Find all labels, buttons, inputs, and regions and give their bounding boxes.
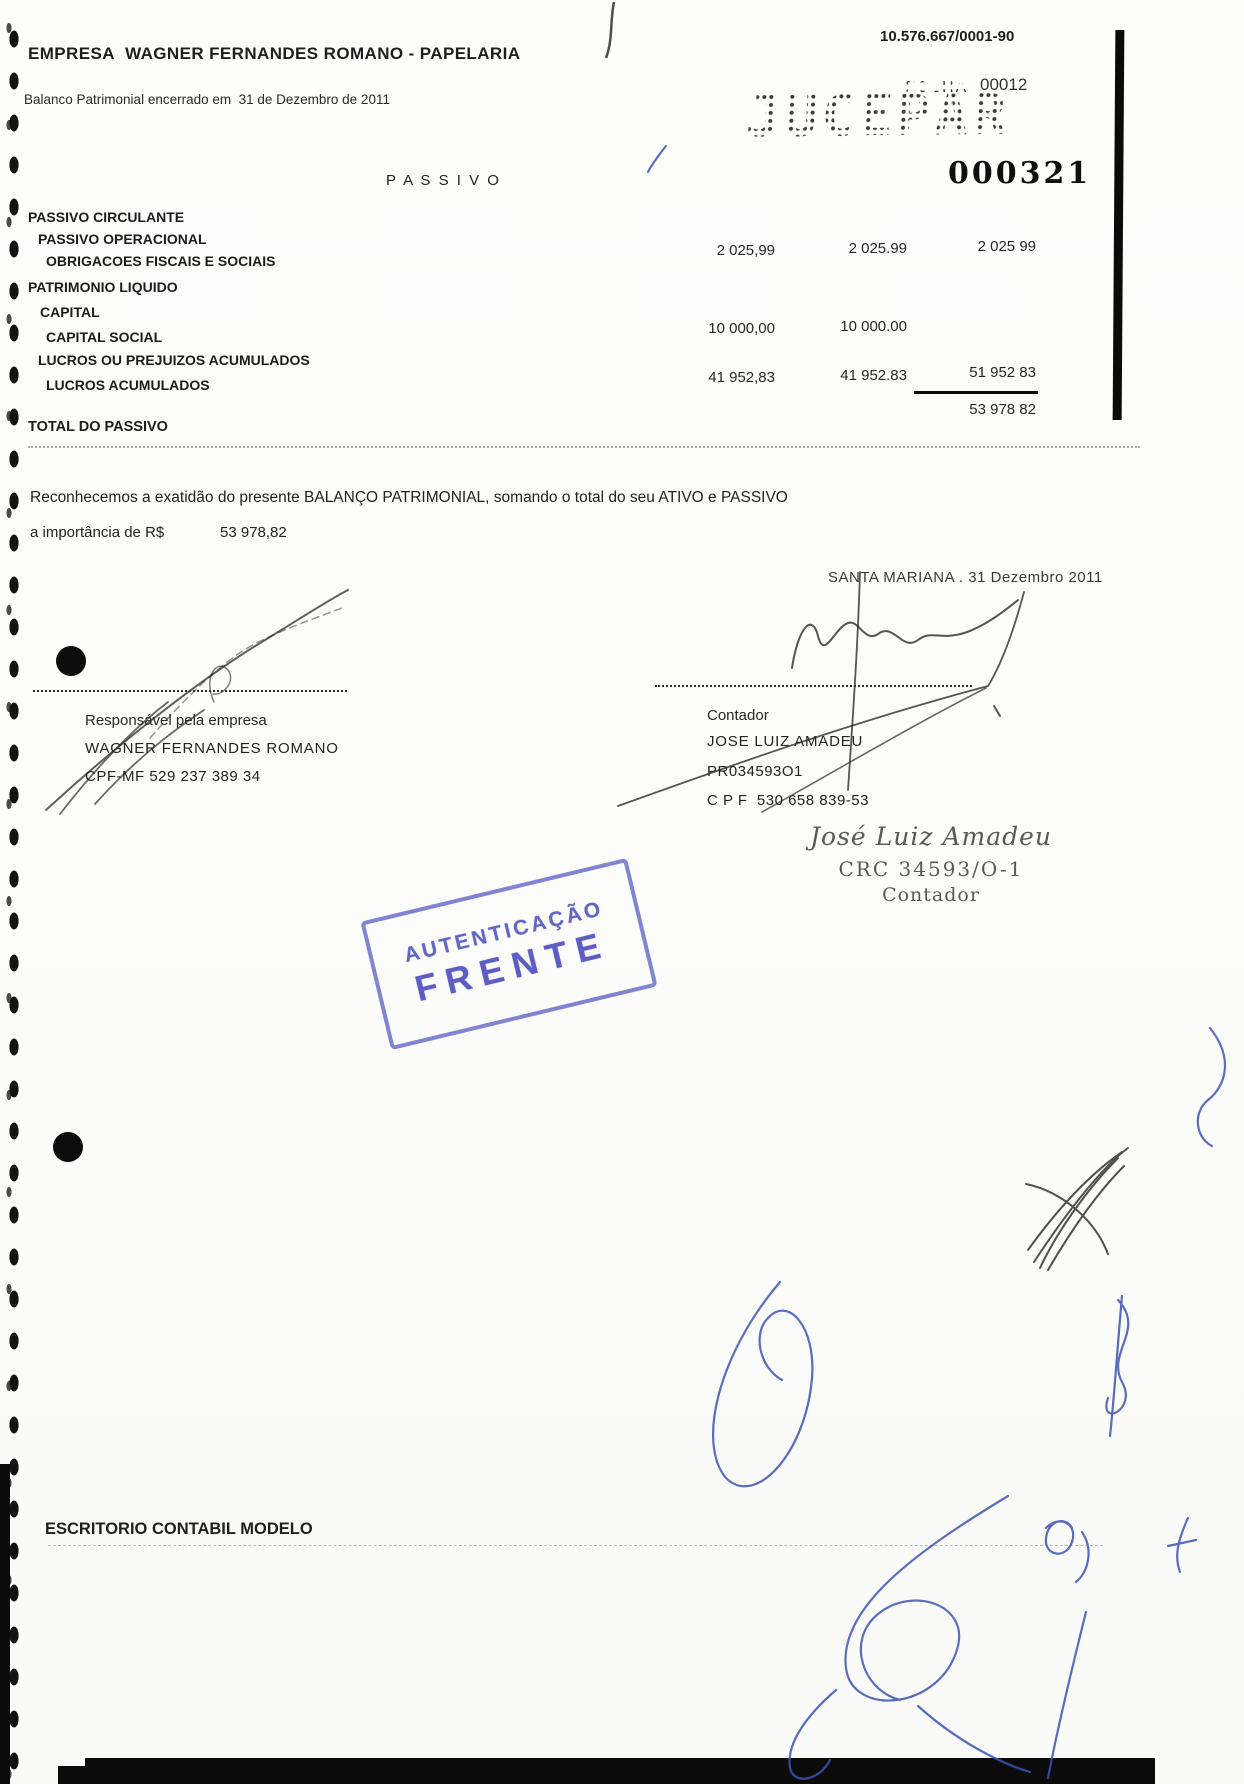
company-header: EMPRESA WAGNER FERNANDES ROMANO - PAPELA… <box>28 44 520 64</box>
balance-row-label: LUCROS ACUMULADOS <box>46 377 210 393</box>
paper-tear-mark <box>606 2 614 58</box>
right-edge-scan-line <box>1113 30 1125 420</box>
balance-row-label: CAPITAL SOCIAL <box>46 329 162 345</box>
company-signer-role: Responsável pela empresa <box>85 712 267 729</box>
scanned-balance-sheet-page: { "document": { "company_label": "EMPRES… <box>0 0 1244 1784</box>
folha-label: FOLHA <box>905 79 968 97</box>
passivo-section-title: P A S S I V O <box>386 172 501 189</box>
jucepar-dot-matrix-stamp: JUCEPAR <box>745 83 1012 150</box>
accountant-stamp-title: Contador <box>775 884 1087 906</box>
bottom-left-scan-blob <box>58 1766 92 1784</box>
total-passivo-label: TOTAL DO PASSIVO <box>28 419 168 436</box>
balance-row-label: OBRIGACOES FISCAIS E SOCIAIS <box>46 253 275 269</box>
footer-scan-line <box>48 1545 1103 1546</box>
accountant-stamp-crc: CRC 34593/O-1 <box>775 857 1087 881</box>
balance-row-value-col2: 10 000.00 <box>725 318 907 335</box>
bottom-scan-bar <box>85 1758 1155 1784</box>
accountant-signature <box>618 572 1024 812</box>
hole-punch-bottom <box>53 1132 83 1162</box>
place-and-date: SANTA MARIANA . 31 Dezembro 2011 <box>828 569 1103 586</box>
company-label: EMPRESA <box>28 44 115 63</box>
left-edge-scan-bar <box>0 1464 10 1784</box>
hole-punch-top <box>56 646 86 676</box>
company-signature-line <box>33 690 347 692</box>
total-passivo-value: 53 978 82 <box>854 401 1036 418</box>
balance-row-value-col3: 51 952 83 <box>854 364 1036 381</box>
accountant-signature-line <box>655 685 972 687</box>
section-divider-line <box>28 446 1140 448</box>
accountant-signer-name: JOSE LUIZ AMADEU <box>707 733 863 750</box>
accountant-stamp-name: José Luiz Amadeu <box>775 822 1087 851</box>
balance-row-label: PATRIMONIO LIQUIDO <box>28 279 178 295</box>
total-rule-line <box>914 391 1038 394</box>
balance-row-label: LUCROS OU PREJUIZOS ACUMULADOS <box>38 352 310 368</box>
company-signer-document: CPF-MF 529 237 389 34 <box>85 768 261 785</box>
accountant-signer-document: C P F 530 658 839-53 <box>707 792 869 809</box>
balance-row-value-col3: 2 025 99 <box>854 238 1036 255</box>
authentication-stamp: AUTENTICAÇÃO FRENTE <box>360 858 657 1050</box>
accountant-signer-role: Contador <box>707 707 769 724</box>
declaration-amount-label: a importância de R$ <box>30 524 164 541</box>
pen-scribble-feather <box>1026 1148 1128 1270</box>
accounting-office-name: ESCRITORIO CONTABIL MODELO <box>45 1520 313 1539</box>
cnpj-number: 10.576.667/0001-90 <box>880 28 1014 45</box>
balance-row-label: CAPITAL <box>40 304 100 320</box>
statement-subtitle: Balanco Patrimonial encerrado em 31 de D… <box>24 92 390 108</box>
balance-row-label: PASSIVO CIRCULANTE <box>28 209 184 225</box>
company-signer-name: WAGNER FERNANDES ROMANO <box>85 740 339 757</box>
accountant-stamp: José Luiz Amadeu CRC 34593/O-1 Contador <box>775 822 1087 906</box>
accountant-registration: PR034593O1 <box>707 763 803 780</box>
declaration-line: Reconhecemos a exatidão do presente BALA… <box>30 489 788 507</box>
balance-row-label: PASSIVO OPERACIONAL <box>38 231 207 247</box>
protocol-number-stamp: 000321 <box>948 156 1091 191</box>
declaration-amount-value: 53 978,82 <box>220 524 287 541</box>
folha-number: 00012 <box>980 75 1027 95</box>
company-name: WAGNER FERNANDES ROMANO - PAPELARIA <box>125 44 520 63</box>
